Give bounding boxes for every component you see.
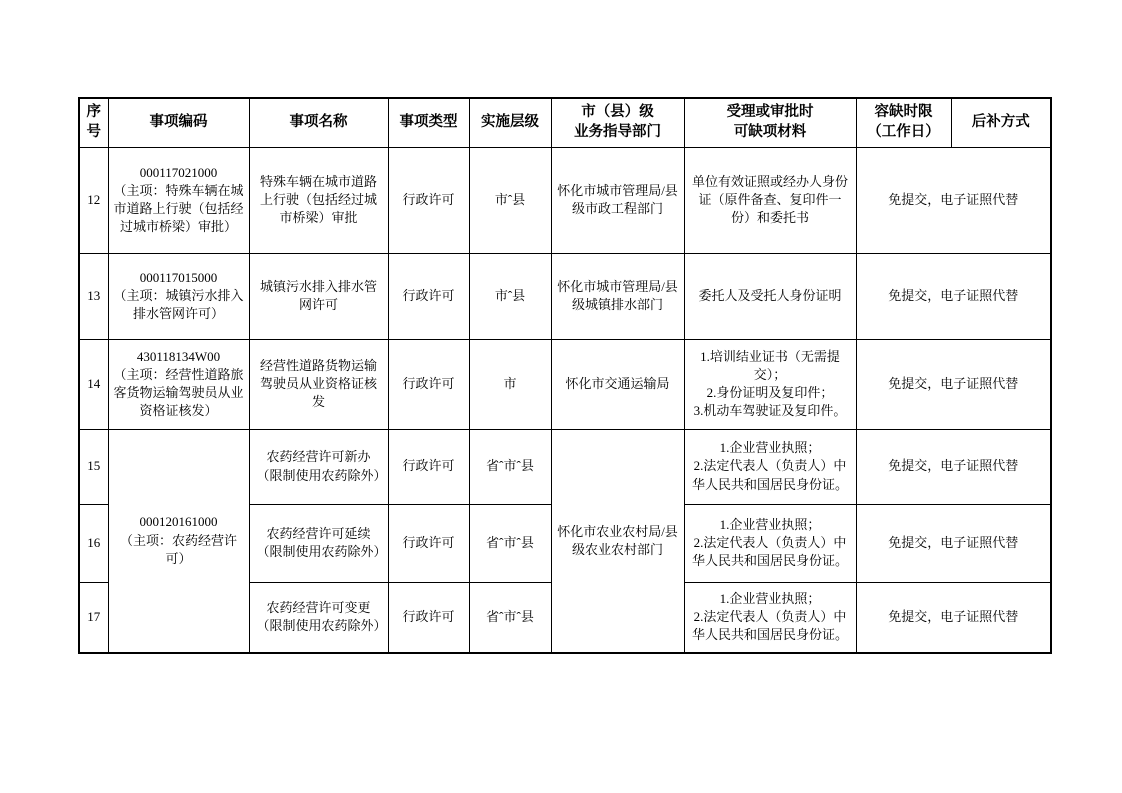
cell-15-type: 行政许可 [388, 429, 469, 504]
cell-12-level: 市ˆ县 [469, 147, 551, 253]
cell-12-type: 行政许可 [388, 147, 469, 253]
cell-17-remedy: 免提交，电子证照代替 [856, 582, 1051, 653]
cell-14-materials: 1.培训结业证书（无需提交）； 2.身份证明及复印件； 3.机动车驾驶证及复印件… [684, 339, 856, 429]
cell-13-name: 城镇污水排入排水管网许可 [249, 253, 388, 339]
cell-14-remedy: 免提交，电子证照代替 [856, 339, 1051, 429]
cell-16-no: 16 [79, 504, 108, 582]
header-serial-number: 序 号 [79, 98, 108, 147]
cell-13-code: 000117015000 （主项：城镇污水排入排水管网许可） [108, 253, 249, 339]
cell-15-17-code: 000120161000 （主项：农药经营许可） [108, 429, 249, 653]
cell-12-remedy: 免提交，电子证照代替 [856, 147, 1051, 253]
cell-15-no: 15 [79, 429, 108, 504]
cell-12-dept: 怀化市城市管理局/县级市政工程部门 [551, 147, 684, 253]
cell-16-name: 农药经营许可延续 （限制使用农药除外） [249, 504, 388, 582]
cell-17-no: 17 [79, 582, 108, 653]
header-item-type: 事项类型 [388, 98, 469, 147]
cell-14-type: 行政许可 [388, 339, 469, 429]
document-page: 序 号 事项编码 事项名称 事项类型 实施层级 市（县）级 业务指导部门 受理或… [0, 0, 1122, 793]
cell-16-materials: 1.企业营业执照； 2.法定代表人（负责人）中华人民共和国居民身份证。 [684, 504, 856, 582]
header-omittable-materials: 受理或审批时 可缺项材料 [684, 98, 856, 147]
cell-13-dept: 怀化市城市管理局/县级城镇排水部门 [551, 253, 684, 339]
cell-15-17-dept: 怀化市农业农村局/县级农业农村部门 [551, 429, 684, 653]
cell-15-materials: 1.企业营业执照； 2.法定代表人（负责人）中华人民共和国居民身份证。 [684, 429, 856, 504]
cell-17-materials: 1.企业营业执照； 2.法定代表人（负责人）中华人民共和国居民身份证。 [684, 582, 856, 653]
cell-13-materials: 委托人及受托人身份证明 [684, 253, 856, 339]
cell-16-type: 行政许可 [388, 504, 469, 582]
header-item-code: 事项编码 [108, 98, 249, 147]
cell-12-name: 特殊车辆在城市道路上行驶（包括经过城市桥梁）审批 [249, 147, 388, 253]
header-implementation-level: 实施层级 [469, 98, 551, 147]
cell-13-level: 市ˆ县 [469, 253, 551, 339]
cell-12-code: 000117021000 （主项：特殊车辆在城市道路上行驶（包括经过城市桥梁）审… [108, 147, 249, 253]
cell-14-dept: 怀化市交通运输局 [551, 339, 684, 429]
table-row-14: 14 430118134W00 （主项：经营性道路旅客货物运输驾驶员从业资格证核… [79, 339, 1051, 429]
cell-13-remedy: 免提交，电子证照代替 [856, 253, 1051, 339]
cell-14-code: 430118134W00 （主项：经营性道路旅客货物运输驾驶员从业资格证核发） [108, 339, 249, 429]
cell-15-remedy: 免提交，电子证照代替 [856, 429, 1051, 504]
table-row-12: 12 000117021000 （主项：特殊车辆在城市道路上行驶（包括经过城市桥… [79, 147, 1051, 253]
cell-16-remedy: 免提交，电子证照代替 [856, 504, 1051, 582]
header-supplement-method: 后补方式 [951, 98, 1051, 147]
cell-17-type: 行政许可 [388, 582, 469, 653]
cell-17-level: 省ˆ市ˆ县 [469, 582, 551, 653]
table-row-15: 15 000120161000 （主项：农药经营许可） 农药经营许可新办 （限制… [79, 429, 1051, 504]
cell-15-level: 省ˆ市ˆ县 [469, 429, 551, 504]
header-tolerance-limit: 容缺时限 （工作日） [856, 98, 951, 147]
header-guidance-department: 市（县）级 业务指导部门 [551, 98, 684, 147]
cell-12-materials: 单位有效证照或经办人身份证（原件备查、复印件一份）和委托书 [684, 147, 856, 253]
cell-14-name: 经营性道路货物运输驾驶员从业资格证核发 [249, 339, 388, 429]
header-item-name: 事项名称 [249, 98, 388, 147]
table-header-row: 序 号 事项编码 事项名称 事项类型 实施层级 市（县）级 业务指导部门 受理或… [79, 98, 1051, 147]
cell-17-name: 农药经营许可变更 （限制使用农药除外） [249, 582, 388, 653]
cell-13-type: 行政许可 [388, 253, 469, 339]
cell-14-level: 市 [469, 339, 551, 429]
cell-15-name: 农药经营许可新办 （限制使用农药除外） [249, 429, 388, 504]
cell-14-no: 14 [79, 339, 108, 429]
cell-13-no: 13 [79, 253, 108, 339]
cell-16-level: 省ˆ市ˆ县 [469, 504, 551, 582]
licensing-items-table: 序 号 事项编码 事项名称 事项类型 实施层级 市（县）级 业务指导部门 受理或… [78, 97, 1052, 654]
table-row-13: 13 000117015000 （主项：城镇污水排入排水管网许可） 城镇污水排入… [79, 253, 1051, 339]
cell-12-no: 12 [79, 147, 108, 253]
